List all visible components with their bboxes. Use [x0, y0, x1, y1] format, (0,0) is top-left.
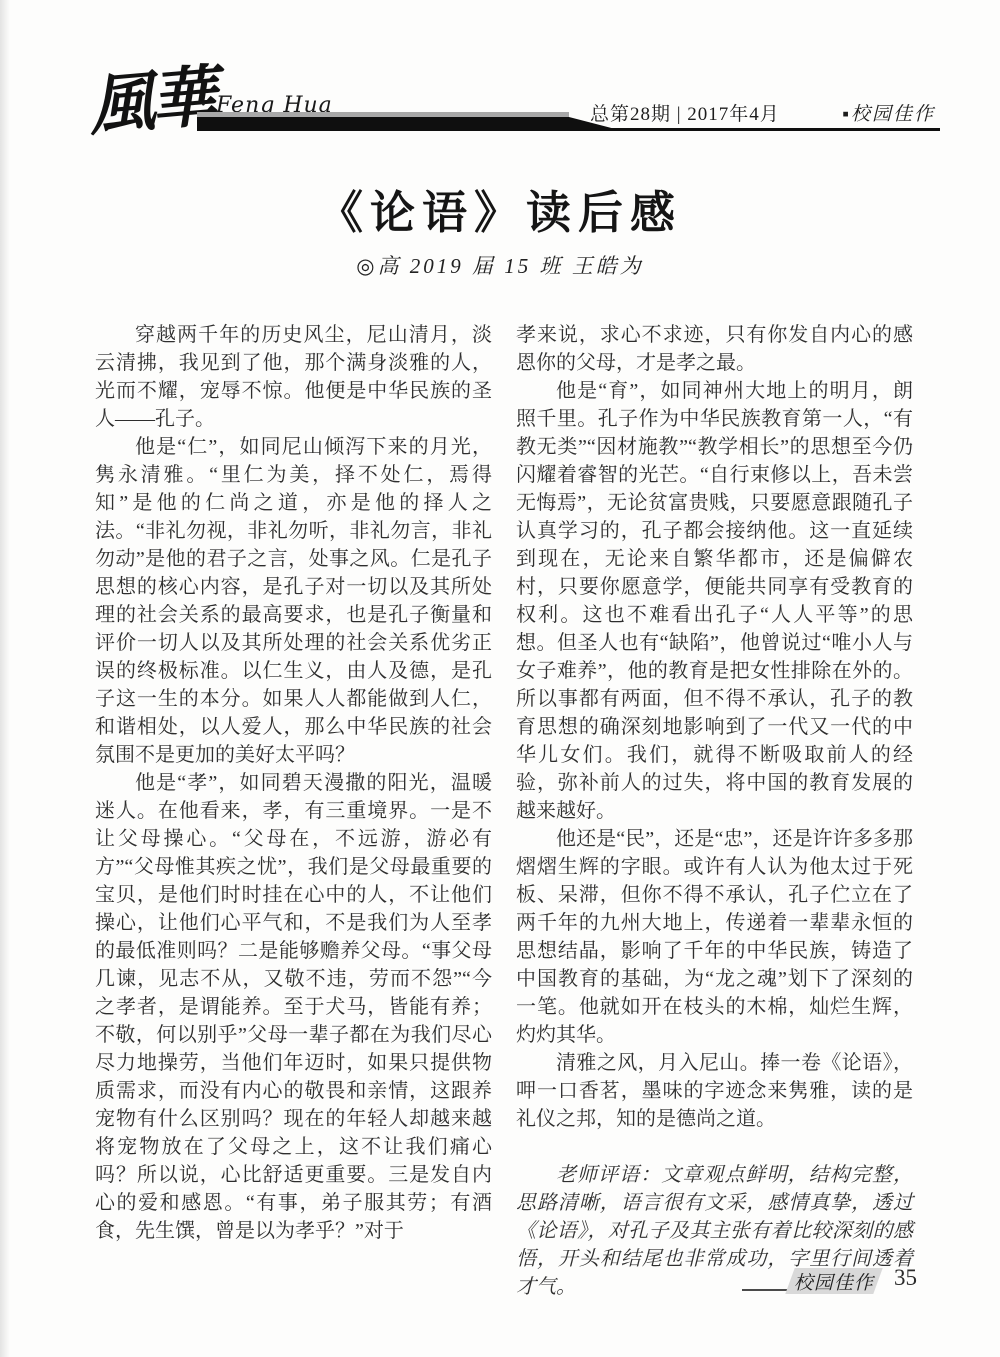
paragraph-yu: 他是“育”，如同神州大地上的明月，朗照千里。孔子作为中华民族教育第一人，“有教无…: [516, 377, 913, 825]
paragraph-intro: 穿越两千年的历史风尘，尼山清月，淡云清拂，我见到了他，那个满身淡雅的人，光而不耀…: [95, 321, 492, 433]
paragraph-ending: 清雅之风，月入尼山。捧一卷《论语》，呷一口香茗，墨味的字迹念来隽雅，读的是礼仪之…: [516, 1049, 913, 1133]
section-label: ▪校园佳作: [842, 99, 935, 126]
magazine-logo-chinese: 風華: [84, 43, 216, 148]
column-left: 穿越两千年的历史风尘，尼山清月，淡云清拂，我见到了他，那个满身淡雅的人，光而不耀…: [95, 321, 492, 1301]
paragraph-xiao-continued: 孝来说，求心不求迹，只有你发自内心的感恩你的父母，才是孝之最。: [516, 321, 913, 377]
paragraph-min: 他还是“民”，还是“忠”，还是许许多多那熠熠生辉的字眼。或许有人认为他太过于死板…: [516, 825, 913, 1049]
issue-info: 总第28期 | 2017年4月: [590, 99, 780, 126]
article-body: 穿越两千年的历史风尘，尼山清月，淡云清拂，我见到了他，那个满身淡雅的人，光而不耀…: [95, 321, 913, 1301]
magazine-page: 風華 · Feng Hua 总第28期 | 2017年4月 ▪校园佳作 《论语》…: [0, 0, 1000, 1357]
header-divider-bar: [197, 117, 569, 131]
column-right: 孝来说，求心不求迹，只有你发自内心的感恩你的父母，才是孝之最。 他是“育”，如同…: [516, 321, 913, 1301]
article-title: 《论语》读后感: [0, 176, 1000, 241]
footer-section-badge: 校园佳作: [785, 1268, 882, 1294]
header-rule: [569, 128, 940, 131]
article-byline: ◎高 2019 届 15 班 王皓为: [0, 250, 1000, 280]
paragraph-xiao: 他是“孝”，如同碧天漫撒的阳光，温暖迷人。在他看来，孝，有三重境界。一是不让父母…: [95, 769, 492, 1245]
header-issue-row: 总第28期 | 2017年4月 ▪校园佳作: [590, 99, 935, 126]
footer-section-label: 校园佳作: [794, 1268, 874, 1295]
page-number: 35: [894, 1265, 917, 1291]
paragraph-ren: 他是“仁”，如同尼山倾泻下来的月光，隽永清雅。“里仁为美，择不处仁，焉得知”是他…: [95, 433, 492, 769]
